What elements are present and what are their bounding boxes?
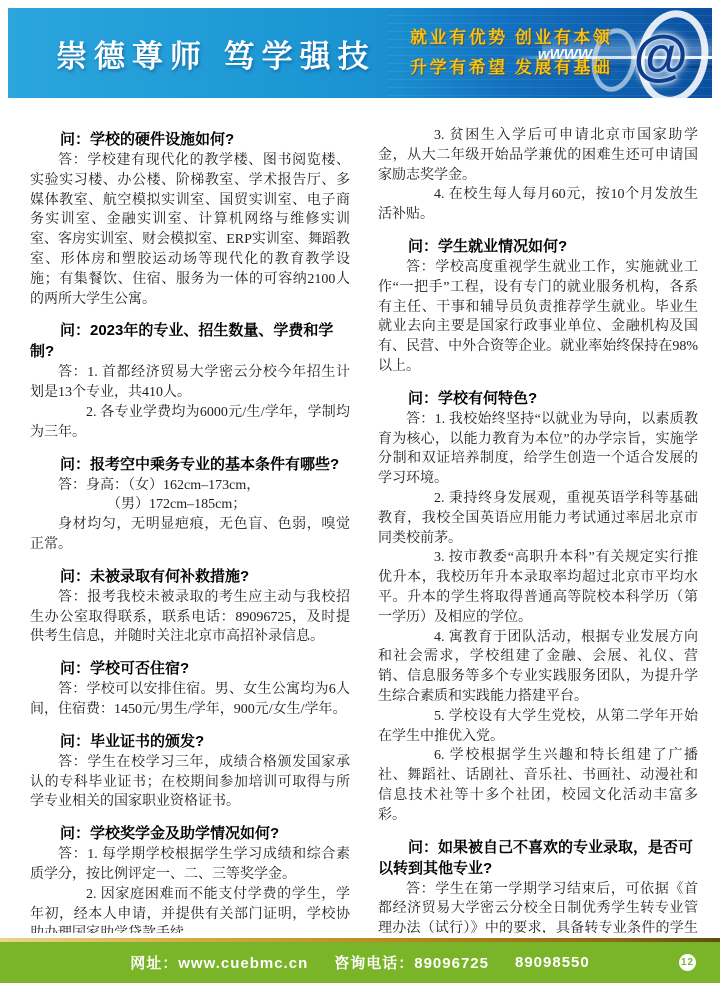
brochure-page: 崇德尊师 笃学强技 就业有优势 创业有本领 升学有希望 发展有基础 wWWW @… [0,0,720,983]
answer-paragraph: 2. 各专业学费均为6000元/生/学年，学制均为三年。 [30,403,350,443]
qa-section: 问：毕业证书的颁发?答：学生在校学习三年，成绩合格颁发国家承认的专科毕业证书；在… [30,731,350,812]
answer-paragraph: 答：学校建有现代化的教学楼、图书阅览楼、实验实习楼、办公楼、阶梯教室、学术报告厅… [30,151,350,309]
answer-paragraph: 答：报考我校未被录取的考生应主动与我校招生办公室取得联系，联系电话：890967… [30,588,350,647]
header-banner: 崇德尊师 笃学强技 就业有优势 创业有本领 升学有希望 发展有基础 wWWW @ [8,8,712,98]
question-heading: 问：学生就业情况如何? [378,236,698,257]
question-heading: 问：学校的硬件设施如何? [30,129,350,150]
answer-paragraph: 答：1. 我校始终坚持“以就业为导向，以素质教育为核心，以能力教育为本位”的办学… [378,410,698,489]
slogan-left-text: 崇德尊师 笃学强技 [56,31,376,76]
answer-paragraph: 答：学校可以安排住宿。男、女生公寓均为6人间，住宿费：1450元/男生/学年，9… [30,680,350,720]
question-heading: 问：毕业证书的颁发? [30,731,350,752]
answer-paragraph: 答：1. 每学期学校根据学生学习成绩和综合素质学分，按比例评定一、二、三等奖学金… [30,845,350,885]
answer-paragraph: （男）172cm–185cm； [30,495,350,515]
qa-section: 问：学校可否住宿?答：学校可以安排住宿。男、女生公寓均为6人间，住宿费：1450… [30,658,350,720]
question-heading: 问：学校奖学金及助学情况如何? [30,823,350,844]
qa-section: 问：学校奖学金及助学情况如何?答：1. 每学期学校根据学生学习成绩和综合素质学分… [30,823,350,933]
answer-paragraph: 4. 在校生每人每月60元，按10个月发放生活补贴。 [378,185,698,225]
page-number-badge: 12 [679,954,696,971]
answer-paragraph: 身材均匀，无明显疤痕，无色盲、色弱，嗅觉正常。 [30,515,350,555]
qa-section: 问：2023年的专业、招生数量、学费和学制?答：1. 首都经济贸易大学密云分校今… [30,320,350,442]
answer-paragraph: 答：学校高度重视学生就业工作，实施就业工作“一把手”工程，设有专门的就业服务机构… [378,258,698,377]
qa-section: 问：学校的硬件设施如何?答：学校建有现代化的教学楼、图书阅览楼、实验实习楼、办公… [30,129,350,309]
www-text: wWWW [538,46,592,63]
qa-section: 问：学校有何特色?答：1. 我校始终坚持“以就业为导向，以素质教育为核心，以能力… [378,388,698,826]
qa-section: 问：如果被自己不喜欢的专业录取，是否可以转到其他专业?答：学生在第一学期学习结束… [378,837,698,934]
answer-paragraph: 4. 寓教育于团队活动，根据专业发展方向和社会需求，学校组建了金融、会展、礼仪、… [378,628,698,707]
header-right-graphic: 就业有优势 创业有本领 升学有希望 发展有基础 wWWW @ [388,8,712,98]
question-heading: 问：学校有何特色? [378,388,698,409]
qa-section: 3. 贫困生入学后可申请北京市国家助学金，从大二年级开始品学兼优的困难生还可申请… [378,126,698,225]
faq-body: 问：学校的硬件设施如何?答：学校建有现代化的教学楼、图书阅览楼、实验实习楼、办公… [30,126,698,933]
answer-paragraph: 答：1. 首都经济贸易大学密云分校今年招生计划是13个专业，共410人。 [30,363,350,403]
footer-bar: 网址：www.cuebmc.cn 咨询电话：89096725 89098550 … [0,942,720,983]
footer-website: 网址：www.cuebmc.cn [130,952,308,973]
answer-paragraph: 3. 贫困生入学后可申请北京市国家助学金，从大二年级开始品学兼优的困难生还可申请… [378,126,698,185]
question-heading: 问：学校可否住宿? [30,658,350,679]
answer-paragraph: 2. 秉持终身发展观，重视英语学科等基础教育，我校全国英语应用能力考试通过率居北… [378,489,698,548]
qa-section: 问：未被录取有何补救措施?答：报考我校未被录取的考生应主动与我校招生办公室取得联… [30,566,350,647]
answer-paragraph: 5. 学校设有大学生党校，从第二学年开始在学生中推优入党。 [378,707,698,747]
question-heading: 问：报考空中乘务专业的基本条件有哪些? [30,454,350,475]
faq-column-left: 问：学校的硬件设施如何?答：学校建有现代化的教学楼、图书阅览楼、实验实习楼、办公… [30,126,350,933]
answer-paragraph: 答：身高：（女）162cm–173cm， [30,476,350,496]
answer-paragraph: 答：学生在第一学期学习结束后，可依据《首都经济贸易大学密云分校全日制优秀学生转专… [378,880,698,934]
question-heading: 问：2023年的专业、招生数量、学费和学制? [30,320,350,362]
at-symbol-icon: @ [633,22,688,87]
qa-section: 问：报考空中乘务专业的基本条件有哪些?答：身高：（女）162cm–173cm，（… [30,454,350,555]
faq-column-right: 3. 贫困生入学后可申请北京市国家助学金，从大二年级开始品学兼优的困难生还可申请… [378,126,698,933]
answer-paragraph: 6. 学校根据学生兴趣和特长组建了广播社、舞蹈社、话剧社、音乐社、书画社、动漫社… [378,746,698,825]
qa-section: 问：学生就业情况如何?答：学校高度重视学生就业工作，实施就业工作“一把手”工程，… [378,236,698,377]
footer-phone2: 89098550 [515,954,590,971]
answer-paragraph: 3. 按市教委“高职升本科”有关规定实行推优升本，我校历年升本录取率均超过北京市… [378,548,698,627]
footer-phone: 咨询电话：89096725 [334,952,489,973]
header-left: 崇德尊师 笃学强技 [8,8,388,98]
question-heading: 问：未被录取有何补救措施? [30,566,350,587]
answer-paragraph: 2. 因家庭困难而不能支付学费的学生，学年初，经本人申请，并提供有关部门证明，学… [30,885,350,933]
answer-paragraph: 答：学生在校学习三年，成绩合格颁发国家承认的专科毕业证书；在校期间参加培训可取得… [30,753,350,812]
question-heading: 问：如果被自己不喜欢的专业录取，是否可以转到其他专业? [378,837,698,879]
